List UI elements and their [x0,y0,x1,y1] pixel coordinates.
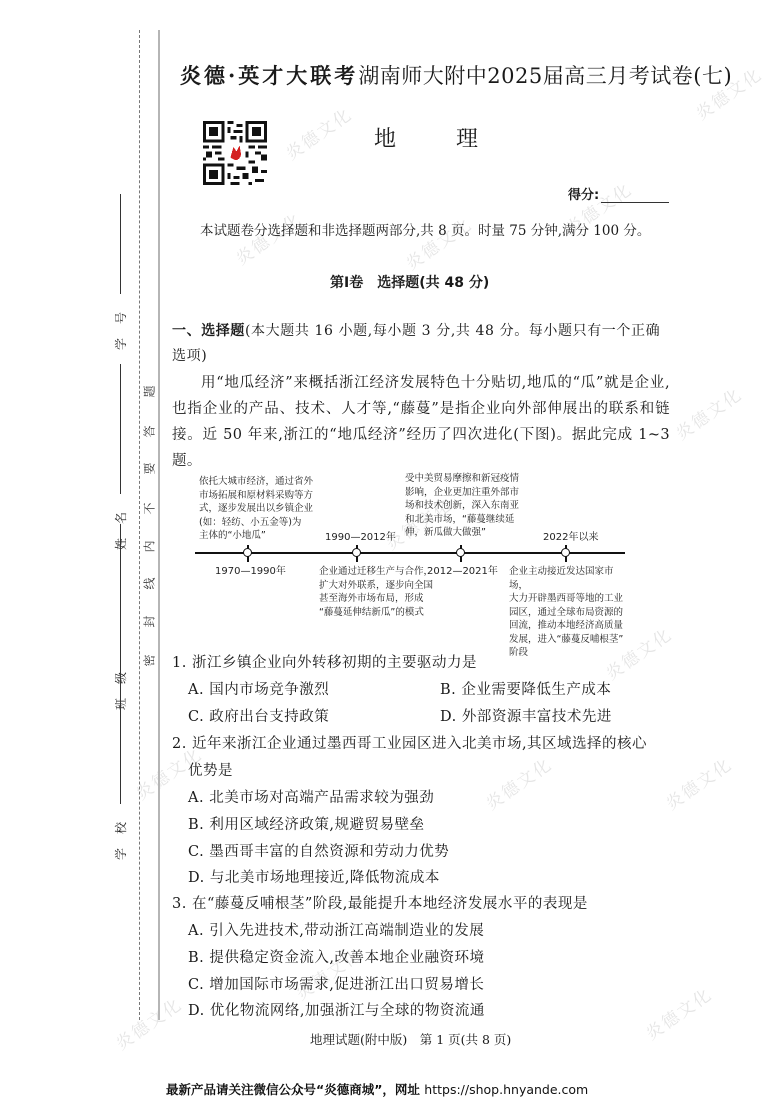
question-stem: 3. 在“藤蔓反哺根茎”阶段,最能提升本地经济发展水平的表现是 [172,892,588,913]
option-a[interactable]: A. 北美市场对高端产品需求较为强劲 [188,786,434,807]
promo-line: 最新产品请关注微信公众号“炎德商城”，网址 https://shop.hnyan… [166,1080,588,1098]
option-b[interactable]: B. 利用区域经济政策,规避贸易壁垒 [188,813,424,834]
seal-char: 内 [141,540,158,552]
subject-title: 地理 [374,122,538,153]
option-d[interactable]: D. 外部资源丰富技术先进 [440,705,612,726]
stage-2-description: 企业通过迁移生产与合作， 扩大对外联系，逐步向全国 甚至海外市场布局，形成 “藤… [319,565,433,619]
seal-char: 封 [141,615,158,627]
page-footer: 地理试题(附中版) 第 1 页(共 8 页) [310,1030,511,1048]
brand-name: 炎德·英才大联考 [180,63,358,88]
option-d[interactable]: D. 与北美市场地理接近,降低物流成本 [188,866,440,887]
stage-3-description: 受中美贸易摩擦和新冠疫情 影响，企业更加注重外部市 场和技术创新，深入东南亚 和… [405,472,519,540]
watermark: 炎德文化 [280,100,357,164]
option-a[interactable]: A. 引入先进技术,带动浙江高端制造业的发展 [188,919,484,940]
option-c[interactable]: C. 墨西哥丰富的自然资源和劳动力优势 [188,840,449,861]
question-stem: 2. 近年来浙江企业通过墨西哥工业园区进入北美市场,其区域选择的核心 [172,732,647,753]
seal-char: 密 [141,654,158,666]
timeline-node [356,545,358,562]
stage-1-years: 1970—1990年 [215,565,286,579]
seal-dotted-line [139,30,140,1020]
passage: 用“地瓜经济”来概括浙江经济发展特色十分贴切,地瓜的“瓜”就是企业,也指企业的产… [172,370,670,474]
qr-code-icon [203,121,267,185]
option-d[interactable]: D. 优化物流网络,加强浙江与全球的物资流通 [188,999,485,1020]
timeline-node [565,545,567,562]
part-heading: 一、选择题(本大题共 16 小题,每小题 3 分,共 48 分。每小题只有一个正… [172,319,672,369]
score-field[interactable]: 得分: [568,184,669,203]
part-description: (本大题共 16 小题,每小题 3 分,共 48 分。每小题只有一个正确选项) [172,323,660,364]
score-label: 得分: [568,188,599,203]
section-label: 第Ⅰ卷 [330,275,363,291]
option-a[interactable]: A. 国内市场竞争激烈 [188,678,329,699]
school-field[interactable]: 学校 [112,654,129,860]
stage-4-years: 2022年以来 [543,531,598,545]
option-c[interactable]: C. 增加国际市场需求,促进浙江出口贸易增长 [188,973,484,994]
watermark: 炎德文化 [660,750,737,814]
promo-url-link[interactable]: https://shop.hnyande.com [424,1082,588,1097]
exam-name: 湖南师大附中2025届高三月考试卷(七) [358,64,732,88]
watermark: 炎德文化 [640,980,717,1044]
binding-solid-line [158,30,160,1020]
timeline-node [247,545,249,562]
option-b[interactable]: B. 企业需要降低生产成本 [440,678,611,699]
exam-title: 炎德·英才大联考湖南师大附中2025届高三月考试卷(七) [180,60,732,90]
seal-char: 题 [141,385,158,397]
stage-3-years: 2012—2021年 [427,565,498,579]
option-c[interactable]: C. 政府出台支持政策 [188,705,329,726]
section-subtitle: 选择题(共 48 分) [377,275,489,291]
timeline-node [460,545,462,562]
stage-1-description: 依托大城市经济，通过省外 市场拓展和原材料采购等方 式，逐步发展出以乡镇企业 (… [199,475,313,543]
name-field[interactable]: 姓名 [112,364,129,550]
stage-2-years: 1990—2012年 [325,531,396,545]
part-label: 一、选择题 [172,323,245,339]
field-label: 学号 [112,298,129,350]
timeline-diagram: 依托大城市经济，通过省外 市场拓展和原材料采购等方 式，逐步发展出以乡镇企业 (… [195,475,630,645]
section-title: 第Ⅰ卷 选择题(共 48 分) [330,272,489,292]
watermark: 炎德文化 [480,750,557,814]
stage-4-description: 企业主动接近发达国家市场， 大力开辟墨西哥等地的工业 园区，通过全球布局资源的 … [509,565,630,660]
score-blank[interactable] [601,189,669,203]
question-stem: 1. 浙江乡镇企业向外转移初期的主要驱动力是 [172,651,477,672]
student-id-field[interactable]: 学号 [112,194,129,350]
seal-char: 线 [141,577,158,589]
exam-instructions: 本试题卷分选择题和非选择题两部分,共 8 页。时量 75 分钟,满分 100 分… [200,219,650,239]
seal-char: 不 [141,502,158,514]
option-b[interactable]: B. 提供稳定资金流入,改善本地企业融资环境 [188,946,484,967]
watermark: 炎德文化 [110,990,187,1054]
promo-text: 最新产品请关注微信公众号“炎德商城”，网址 [166,1082,424,1097]
watermark: 炎德文化 [670,380,747,444]
seal-char: 答 [141,425,158,437]
seal-char: 要 [141,462,158,474]
field-label: 学校 [112,808,129,860]
question-stem-continued: 优势是 [188,759,233,780]
